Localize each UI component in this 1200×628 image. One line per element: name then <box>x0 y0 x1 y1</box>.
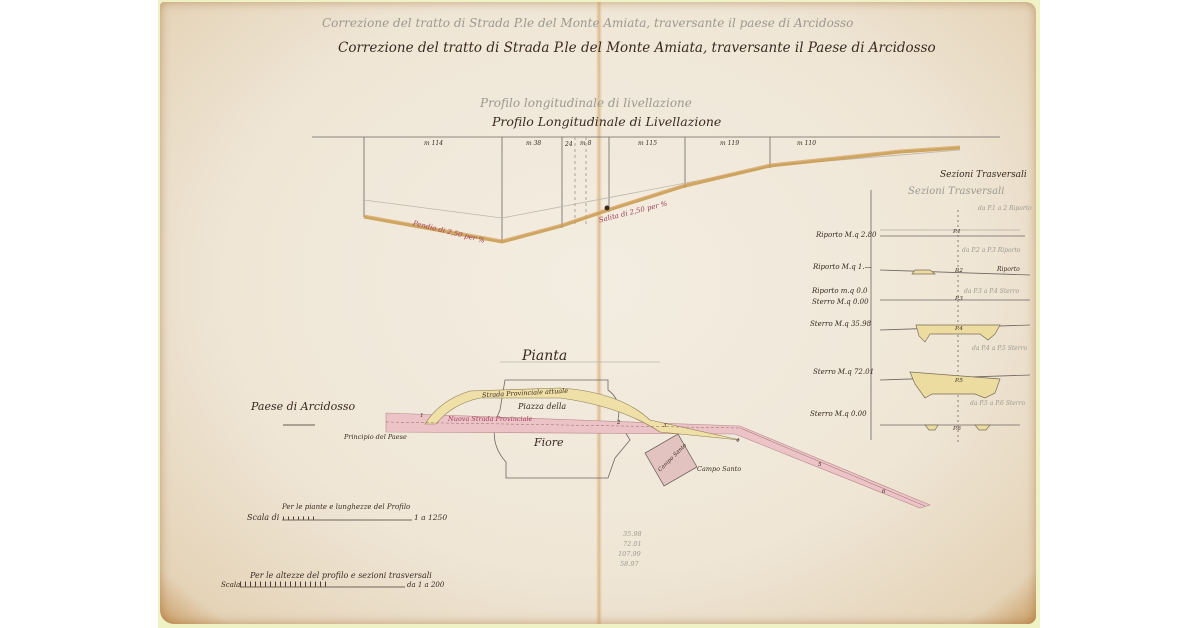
distance-4: m 8 <box>580 140 591 147</box>
marker-p2: P.2 <box>955 268 963 274</box>
document-title: Correzione del tratto di Strada P.le del… <box>338 40 936 56</box>
section-label-4: Sterro M.q 0.00 <box>812 298 869 306</box>
distance-6: m 119 <box>720 140 739 147</box>
plan-point-1: 1 <box>420 413 424 419</box>
cemetery-label: Campo Santo <box>697 465 741 473</box>
section-label-2: Riporto M.q 1.— <box>813 263 872 271</box>
height-scale-caption: Per le altezze del profilo e sezioni tra… <box>250 571 432 580</box>
town-label: Paese di Arcidosso <box>251 400 355 413</box>
section-label-5: Sterro M.q 35.98 <box>810 320 871 328</box>
height-scale-ratio: da 1 a 200 <box>407 581 444 589</box>
sum-note-1: 35.98 <box>623 530 642 538</box>
profile-title-faint: Profilo longitudinale di livellazione <box>480 96 692 110</box>
sections-title-faint: Sezioni Trasversali <box>908 186 1004 197</box>
marker-p1: P.1 <box>953 229 961 235</box>
side-note-4: da P.3 a P.4 Sterro <box>964 288 1019 295</box>
title-faint: Correzione del tratto di Strada P.le del… <box>322 16 853 30</box>
distance-3: 24 <box>565 141 573 148</box>
side-note-3: Riporto <box>997 266 1020 273</box>
plan-point-2: 2 <box>617 420 621 426</box>
side-note-2: da P.2 a P.3 Riporto <box>962 247 1021 254</box>
benchmark-dot <box>605 206 610 211</box>
sum-note-2: 72.01 <box>623 540 642 548</box>
drawing-canvas <box>0 0 1200 628</box>
plan-scale-caption: Per le piante e lunghezze del Profilo <box>282 503 410 511</box>
side-note-5: da P.4 a P.5 Sterro <box>972 345 1027 352</box>
section-label-1: Riporto M.q 2.80 <box>816 231 877 239</box>
plan-point-4: 4 <box>736 438 740 444</box>
marker-p3: P.3 <box>955 296 963 302</box>
height-scale-label: Scala <box>221 581 240 589</box>
new-road-label: Nuova Strada Provinciale <box>448 415 532 423</box>
square-label-top: Piazza della <box>518 402 566 411</box>
marker-p6: P.6 <box>953 426 961 432</box>
start-label: Principio del Paese <box>344 433 407 441</box>
plan-point-6: 6 <box>882 489 886 495</box>
sum-note-4: 58.97 <box>620 560 639 568</box>
distance-2: m 38 <box>526 140 541 147</box>
plan-point-3: 3 <box>663 423 667 429</box>
sections-title: Sezioni Trasversali <box>940 170 1027 180</box>
plan-scale-ratio: 1 a 1250 <box>414 513 447 522</box>
marker-p5: P.5 <box>955 378 963 384</box>
plan-scale-label: Scala di <box>247 513 279 522</box>
distance-1: m 114 <box>424 140 443 147</box>
plan-point-5: 5 <box>818 462 822 468</box>
marker-p4: P.4 <box>955 326 963 332</box>
section-label-3: Riporto m.q 0.0 <box>812 287 868 295</box>
side-note-1: da P.1 a 2 Riporto <box>978 205 1032 212</box>
section-label-6: Sterro M.q 72.01 <box>813 368 874 376</box>
distance-5: m 115 <box>638 140 657 147</box>
plan-title: Pianta <box>522 348 567 364</box>
distance-7: m 110 <box>797 140 816 147</box>
side-note-6: da P.5 a P.6 Sterro <box>970 400 1025 407</box>
section-label-7: Sterro M.q 0.00 <box>810 410 867 418</box>
profile-title: Profilo Longitudinale di Livellazione <box>492 114 721 129</box>
square-label-bottom: Fiore <box>534 436 564 449</box>
sum-note-3: 107.99 <box>618 550 641 558</box>
